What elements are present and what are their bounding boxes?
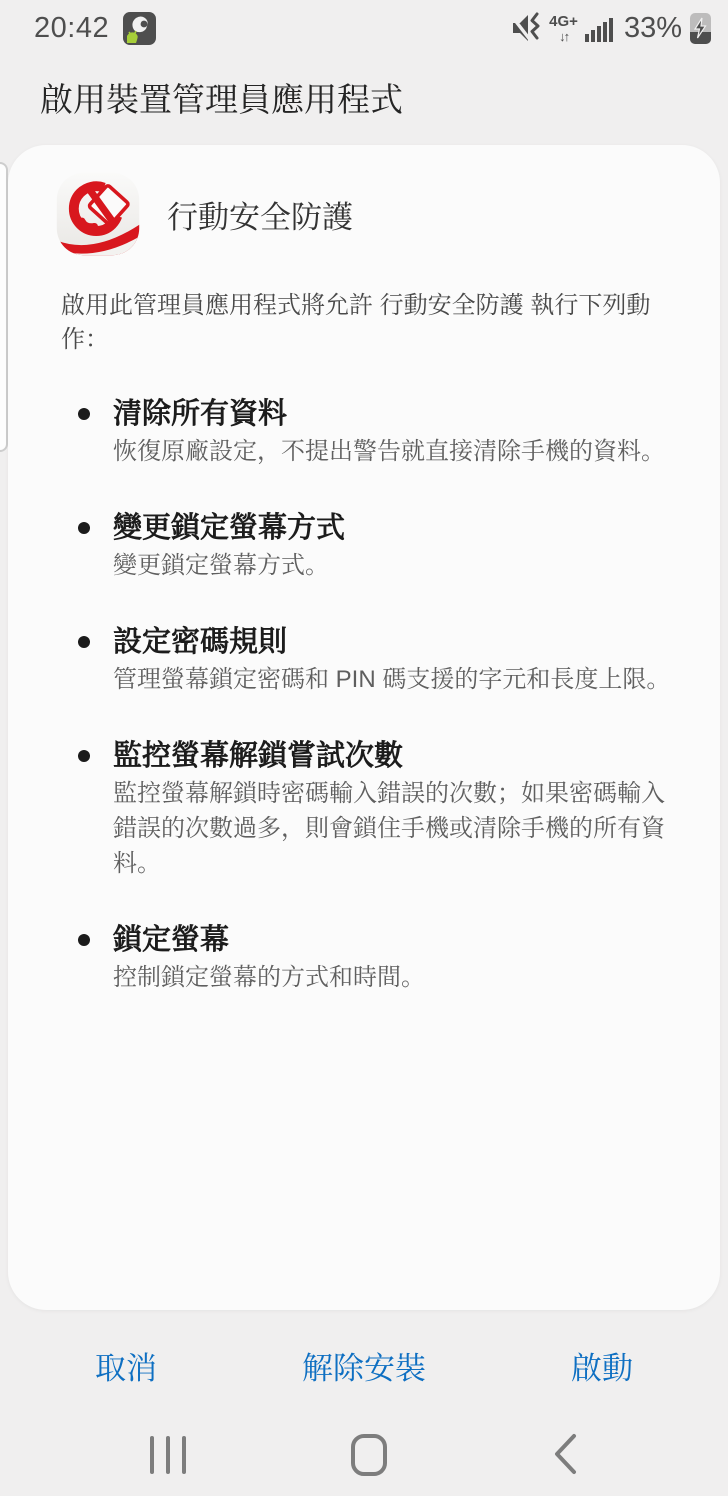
navigation-bar bbox=[0, 1414, 728, 1496]
permission-title: 清除所有資料 bbox=[113, 395, 665, 433]
scrollbar[interactable] bbox=[0, 162, 8, 452]
permission-item-password-rules: 設定密碼規則 管理螢幕鎖定密碼和 PIN 碼支援的字元和長度上限。 bbox=[55, 623, 688, 697]
back-icon bbox=[552, 1433, 578, 1475]
bullet-dot bbox=[78, 636, 90, 648]
bullet-dot bbox=[78, 408, 90, 420]
home-icon bbox=[351, 1434, 387, 1476]
home-button[interactable] bbox=[347, 1430, 391, 1480]
permission-item-monitor-unlock: 監控螢幕解鎖嘗試次數 監控螢幕解鎖時密碼輸入錯誤的次數；如果密碼輸入錯誤的次數過… bbox=[55, 737, 688, 881]
permission-title: 監控螢幕解鎖嘗試次數 bbox=[113, 737, 688, 775]
page-title: 啟用裝置管理員應用程式 bbox=[40, 74, 698, 121]
recents-button[interactable] bbox=[146, 1432, 190, 1478]
device-admin-screen: 20:42 4G+ ↓↑ bbox=[0, 0, 728, 1496]
status-icons: 4G+ ↓↑ 33% bbox=[510, 11, 712, 45]
permission-list: 清除所有資料 恢復原廠設定，不提出警告就直接清除手機的資料。 變更鎖定螢幕方式 … bbox=[55, 395, 688, 995]
permission-detail: 變更鎖定螢幕方式。 bbox=[113, 548, 345, 583]
app-header: 行動安全防護 bbox=[55, 171, 688, 257]
admin-description: 啟用此管理員應用程式將允許 行動安全防護 執行下列動作： bbox=[61, 289, 688, 357]
permission-item-erase-data: 清除所有資料 恢復原廠設定，不提出警告就直接清除手機的資料。 bbox=[55, 395, 688, 469]
uninstall-button[interactable]: 解除安裝 bbox=[302, 1343, 426, 1388]
activate-button[interactable]: 啟動 bbox=[571, 1343, 633, 1388]
bullet-dot bbox=[78, 750, 90, 762]
permission-detail: 監控螢幕解鎖時密碼輸入錯誤的次數；如果密碼輸入錯誤的次數過多，則會鎖住手機或清除… bbox=[113, 776, 688, 881]
permission-title: 鎖定螢幕 bbox=[113, 921, 425, 959]
signal-strength-icon bbox=[585, 12, 615, 44]
trend-micro-app-icon bbox=[55, 171, 141, 257]
permission-title: 變更鎖定螢幕方式 bbox=[113, 509, 345, 547]
clock: 20:42 bbox=[34, 12, 109, 45]
recents-icon bbox=[150, 1436, 186, 1474]
admin-dialog-card: 行動安全防護 啟用此管理員應用程式將允許 行動安全防護 執行下列動作： 清除所有… bbox=[8, 145, 720, 1310]
battery-percentage: 33% bbox=[624, 12, 682, 45]
app-name: 行動安全防護 bbox=[167, 192, 353, 237]
status-bar: 20:42 4G+ ↓↑ bbox=[0, 0, 728, 48]
notification-app-icon bbox=[123, 12, 156, 45]
bullet-dot bbox=[78, 934, 90, 946]
dialog-actions: 取消 解除安裝 啟動 bbox=[0, 1310, 728, 1420]
permission-item-change-lock: 變更鎖定螢幕方式 變更鎖定螢幕方式。 bbox=[55, 509, 688, 583]
vibrate-mute-icon bbox=[510, 12, 542, 44]
back-button[interactable] bbox=[548, 1429, 582, 1482]
permission-detail: 管理螢幕鎖定密碼和 PIN 碼支援的字元和長度上限。 bbox=[113, 662, 670, 697]
permission-detail: 控制鎖定螢幕的方式和時間。 bbox=[113, 960, 425, 995]
bullet-dot bbox=[78, 522, 90, 534]
battery-charging-icon bbox=[689, 11, 712, 45]
permission-detail: 恢復原廠設定，不提出警告就直接清除手機的資料。 bbox=[113, 434, 665, 469]
network-type-icon: 4G+ ↓↑ bbox=[549, 14, 578, 43]
permission-item-lock-screen: 鎖定螢幕 控制鎖定螢幕的方式和時間。 bbox=[55, 921, 688, 995]
permission-title: 設定密碼規則 bbox=[113, 623, 670, 661]
cancel-button[interactable]: 取消 bbox=[95, 1343, 157, 1388]
